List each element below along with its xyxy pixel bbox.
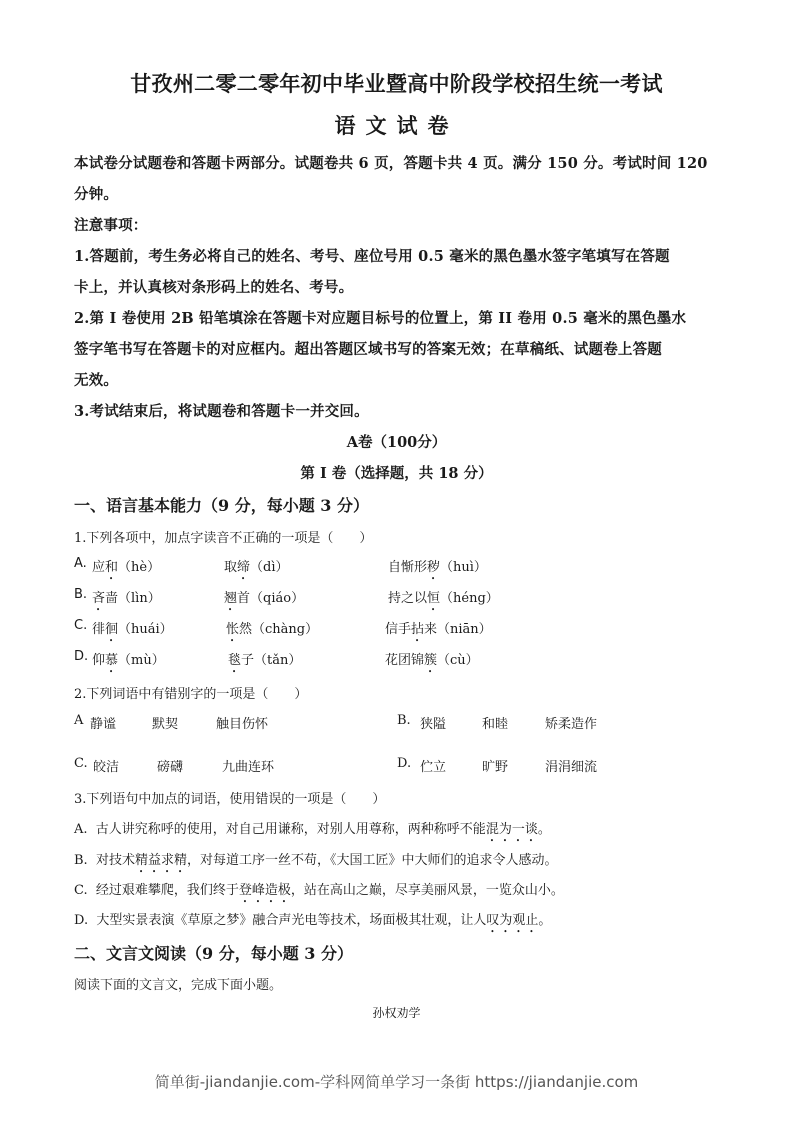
q2-option-b-word-3: 矫柔造作 [545,713,597,732]
q2-option-c-label: C. [74,756,88,771]
intro-line-2: 分钟。 [74,183,118,204]
notice-item-1-line-1: 1.答题前，考生务必将自己的姓名、考号、座位号用 0.5 毫米的黑色墨水签字笔填… [74,245,670,266]
notice-item-2-line-1: 2.第 I 卷使用 2B 铅笔填涂在答题卡对应题目标号的位置上，第 II 卷用 … [74,307,686,328]
q1-option-b-item-1: 吝啬（lìn） [92,587,161,614]
passage-title: 孙权劝学 [0,1004,793,1021]
q1-option-b-label: B. [74,587,87,602]
q1-option-c-label: C. [74,618,87,633]
q1-option-b-item-2: 翘首（qiáo） [224,587,304,614]
q1-option-d-item-2: 毯子（tǎn） [228,649,301,676]
q1-option-c-item-3: 信手拈来（niān） [385,618,492,645]
q2-option-c-word-3: 九曲连环 [222,756,274,775]
q1-option-a-item-3: 自惭形秽（huì） [388,556,487,583]
q2-option-d-word-3: 涓涓细流 [545,756,597,775]
q1-option-c-item-2: 怅然（chàng） [226,618,318,645]
question-2-stem: 2.下列词语中有错别字的一项是（ ） [74,683,307,702]
q3-option-c: C. 经过艰难攀爬，我们终于登峰造极，站在高山之巅，尽享美丽风景，一览众山小。 [74,879,564,906]
section-2-heading: 二、文言文阅读（9 分，每小题 3 分） [74,941,353,964]
q1-option-a-item-2: 取缔（dì） [224,556,289,583]
q1-option-b-item-3: 持之以恒（héng） [388,587,499,614]
q1-option-d-label: D. [74,649,88,664]
footer-watermark: 简单街-jiandanjie.com-学科网简单学习一条街 https://ji… [0,1071,793,1092]
q2-option-a-word-2: 默契 [152,713,178,732]
q1-option-c-item-1: 徘徊（huái） [92,618,173,645]
volume-1-heading: 第 I 卷（选择题，共 18 分） [0,462,793,483]
q1-option-d-item-3: 花团锦簇（cù） [385,649,479,676]
q2-option-b-label: B. [397,713,411,728]
section-1-heading: 一、语言基本能力（9 分，每小题 3 分） [74,493,369,516]
q2-option-a-word-3: 触目伤怀 [216,713,268,732]
q3-option-b: B. 对技术精益求精，对每道工序一丝不苟，《大国工匠》中大师们的追求令人感动。 [74,849,558,876]
notice-item-1-line-2: 卡上，并认真核对条形码上的姓名、考号。 [74,276,353,297]
q2-option-b-word-2: 和睦 [482,713,508,732]
notice-item-2-line-3: 无效。 [74,369,118,390]
question-3-stem: 3.下列语句中加点的词语，使用错误的一项是（ ） [74,788,385,807]
q3-option-a: A. 古人讲究称呼的使用，对自己用谦称，对别人用尊称，两种称呼不能混为一谈。 [74,818,551,845]
part-a-heading: A卷（100分） [0,431,793,452]
q3-option-d: D. 大型实景表演《草原之梦》融合声光电等技术，场面极其壮观，让人叹为观止。 [74,909,551,936]
question-1-stem: 1.下列各项中，加点字读音不正确的一项是（ ） [74,527,372,546]
q2-option-d-word-1: 伫立 [420,756,446,775]
q1-option-a-label: A. [74,556,87,571]
q1-option-a-item-1: 应和（hè） [92,556,160,583]
q2-option-a-word-1: 静谧 [90,713,116,732]
q2-option-b-word-1: 狭隘 [420,713,446,732]
exam-title: 甘孜州二零二零年初中毕业暨高中阶段学校招生统一考试 [0,68,793,98]
exam-subtitle: 语文试卷 [0,110,793,140]
intro-line-1: 本试卷分试题卷和答题卡两部分。试题卷共 6 页，答题卡共 4 页。满分 150 … [74,152,708,173]
q1-option-d-item-1: 仰慕（mù） [92,649,165,676]
section-2-instruction: 阅读下面的文言文，完成下面小题。 [74,974,282,993]
notice-item-2-line-2: 签字笔书写在答题卡的对应框内。超出答题区域书写的答案无效；在草稿纸、试题卷上答题 [74,338,662,359]
notice-heading: 注意事项： [74,214,148,235]
q2-option-c-word-2: 磅礴 [157,756,183,775]
q2-option-d-word-2: 旷野 [482,756,508,775]
exam-page: 甘孜州二零二零年初中毕业暨高中阶段学校招生统一考试 语文试卷 本试卷分试题卷和答… [0,0,793,1122]
q2-option-c-word-1: 皎洁 [93,756,119,775]
q2-option-a-label: A [74,713,83,728]
q2-option-d-label: D. [397,756,411,771]
notice-item-3-line-1: 3.考试结束后，将试题卷和答题卡一并交回。 [74,400,369,421]
